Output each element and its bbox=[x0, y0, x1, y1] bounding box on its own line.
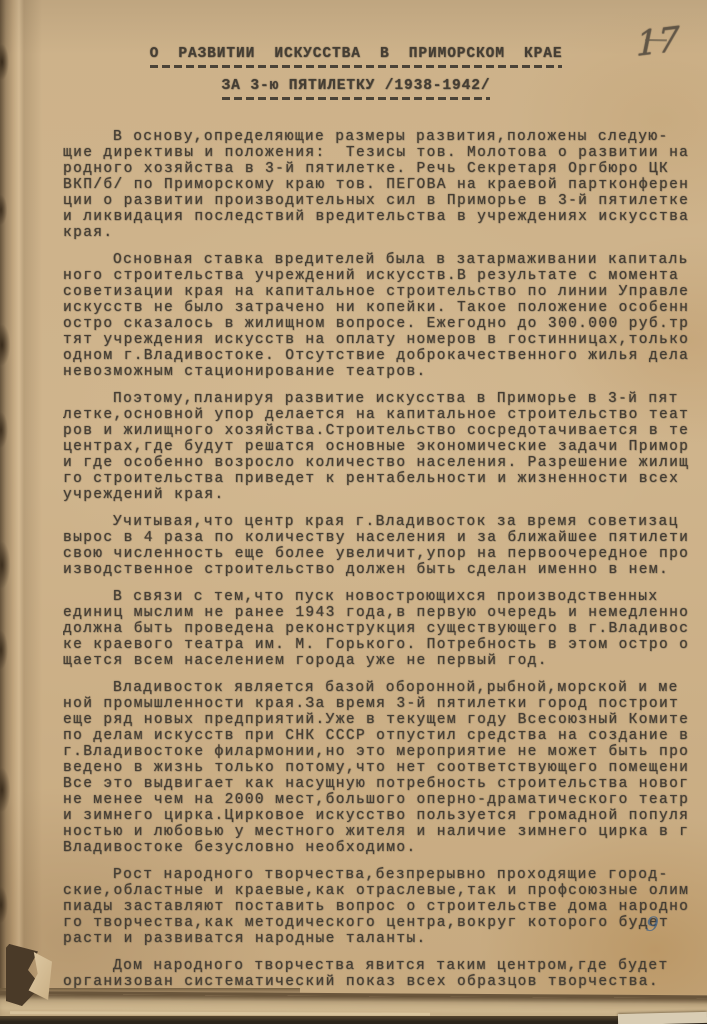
text-line: Владивостоке безусловно необходимо. bbox=[63, 840, 701, 856]
text-line: го творчества,как методического центра,в… bbox=[63, 915, 701, 931]
text-line: свою численность еще более увеличит,упор… bbox=[63, 546, 701, 562]
text-line: Основная ставка вредителей была в затарм… bbox=[63, 252, 701, 268]
document-title: О РАЗВИТИИ ИСКУССТВА В ПРИМОРСКОМ КРАЕ З… bbox=[63, 44, 675, 108]
text-line: и ликвидация последствий вредительства в… bbox=[63, 209, 701, 225]
text-line: одном г.Владивостоке. Отсутствие доброка… bbox=[63, 348, 701, 364]
text-line: искусств не было затрачено ни копейки. Т… bbox=[63, 300, 701, 316]
text-line: Поэтому,планируя развитие искусства в Пр… bbox=[63, 391, 701, 407]
paragraph: В связи с тем,что пуск новостроющихся пр… bbox=[63, 589, 701, 669]
paragraph: Основная ставка вредителей была в затарм… bbox=[63, 252, 701, 380]
text-line: должна быть проведена реконструкция суще… bbox=[63, 621, 701, 637]
text-line: ции о развитии производительных сил в Пр… bbox=[63, 193, 701, 209]
paragraph: Учитывая,что центр края г.Владивосток за… bbox=[63, 514, 701, 578]
text-line: ВКП/б/ по Приморскому краю тов. ПЕГОВА н… bbox=[63, 177, 701, 193]
text-line: ной промышленности края.За время 3-й пят… bbox=[63, 696, 701, 712]
text-line: Дом народного творчества явится таким це… bbox=[63, 958, 701, 974]
title-line-1: О РАЗВИТИИ ИСКУССТВА В ПРИМОРСКОМ КРАЕ bbox=[150, 46, 563, 68]
paragraph: Поэтому,планируя развитие искусства в Пр… bbox=[63, 391, 701, 503]
paragraph: В основу,определяющие размеры развития,п… bbox=[63, 129, 701, 241]
book-binding-edge bbox=[0, 0, 60, 1024]
document-body: В основу,определяющие размеры развития,п… bbox=[63, 129, 701, 990]
text-line: В основу,определяющие размеры развития,п… bbox=[63, 129, 701, 145]
text-line: еще ряд новых предприятий.Уже в текущем … bbox=[63, 712, 701, 728]
text-line: щие директивы и положения: Тезисы тов. М… bbox=[63, 145, 701, 161]
text-line: Учитывая,что центр края г.Владивосток за… bbox=[63, 514, 701, 530]
text-line: учреждений края. bbox=[63, 487, 701, 503]
text-line: вырос в 4 раза по количеству населения и… bbox=[63, 530, 701, 546]
scanned-document-page: 17 О РАЗВИТИИ ИСКУССТВА В ПРИМОРСКОМ КРА… bbox=[0, 0, 707, 1024]
paragraph: Владивосток является базой оборонной,рыб… bbox=[63, 680, 701, 856]
text-line: ностью и любовью у местного жителя и нал… bbox=[63, 824, 701, 840]
text-line: ведено в жизнь только потому,что нет соо… bbox=[63, 760, 701, 776]
text-line: советизации края на капитальное строител… bbox=[63, 284, 701, 300]
document-content: О РАЗВИТИИ ИСКУССТВА В ПРИМОРСКОМ КРАЕ З… bbox=[63, 44, 701, 1004]
text-line: по делам искусств при СНК СССР отпустил … bbox=[63, 728, 701, 744]
text-line: невозможным стационирование театров. bbox=[63, 364, 701, 380]
margin-note-pencil: 9 bbox=[645, 912, 659, 937]
text-line: ке краевого театра им. М. Горького. Потр… bbox=[63, 637, 701, 653]
text-line: Рост народного творчества,безпрерывно пр… bbox=[63, 867, 701, 883]
text-line: летке,основной упор делается на капиталь… bbox=[63, 407, 701, 423]
text-line: Владивосток является базой оборонной,рыб… bbox=[63, 680, 701, 696]
text-line: Все это выдвигает как насущную потребнос… bbox=[63, 776, 701, 792]
title-line-2: ЗА 3-ю ПЯТИЛЕТКУ /1938-1942/ bbox=[222, 78, 491, 100]
text-line: В связи с тем,что пуск новостроющихся пр… bbox=[63, 589, 701, 605]
text-line: пиады заставляют поставить вопрос о стро… bbox=[63, 899, 701, 915]
text-line: и зимнего цирка.Цирковое искусство польз… bbox=[63, 808, 701, 824]
text-line: ного строительства учреждений искусств.В… bbox=[63, 268, 701, 284]
text-line: расти и развиватся народные таланты. bbox=[63, 931, 701, 947]
text-line: и где особенно возросло количество насел… bbox=[63, 455, 701, 471]
text-line: родного хозяйства в 3-й пятилетке. Речь … bbox=[63, 161, 701, 177]
text-line: тят учреждения искусств на оплату номеро… bbox=[63, 332, 701, 348]
pencil-stroke bbox=[645, 39, 667, 41]
text-line: изводственное строительство должен быть … bbox=[63, 562, 701, 578]
text-line: ские,областные и краевые,как отраслевые,… bbox=[63, 883, 701, 899]
text-line: го строительства приведет к рентабельнос… bbox=[63, 471, 701, 487]
underlying-page-shadow bbox=[0, 1016, 707, 1024]
underlying-page-corner bbox=[618, 1012, 707, 1024]
text-line: края. bbox=[63, 225, 701, 241]
paragraph: Дом народного творчества явится таким це… bbox=[63, 958, 701, 990]
paragraph: Рост народного творчества,безпрерывно пр… bbox=[63, 867, 701, 947]
text-line: не менее чем на 2000 мест,большого оперн… bbox=[63, 792, 701, 808]
text-line: единиц мыслим не ранее 1943 года,в перву… bbox=[63, 605, 701, 621]
text-line: щается всем населением города уже не пер… bbox=[63, 653, 701, 669]
text-line: ров и жилищного хозяйства.Строительство … bbox=[63, 423, 701, 439]
text-line: г.Владивостоке филармонии,но это меропри… bbox=[63, 744, 701, 760]
text-line: центрах,где будут решатся основные эконо… bbox=[63, 439, 701, 455]
text-line: остро сказалось в жилищном вопросе. Ежег… bbox=[63, 316, 701, 332]
